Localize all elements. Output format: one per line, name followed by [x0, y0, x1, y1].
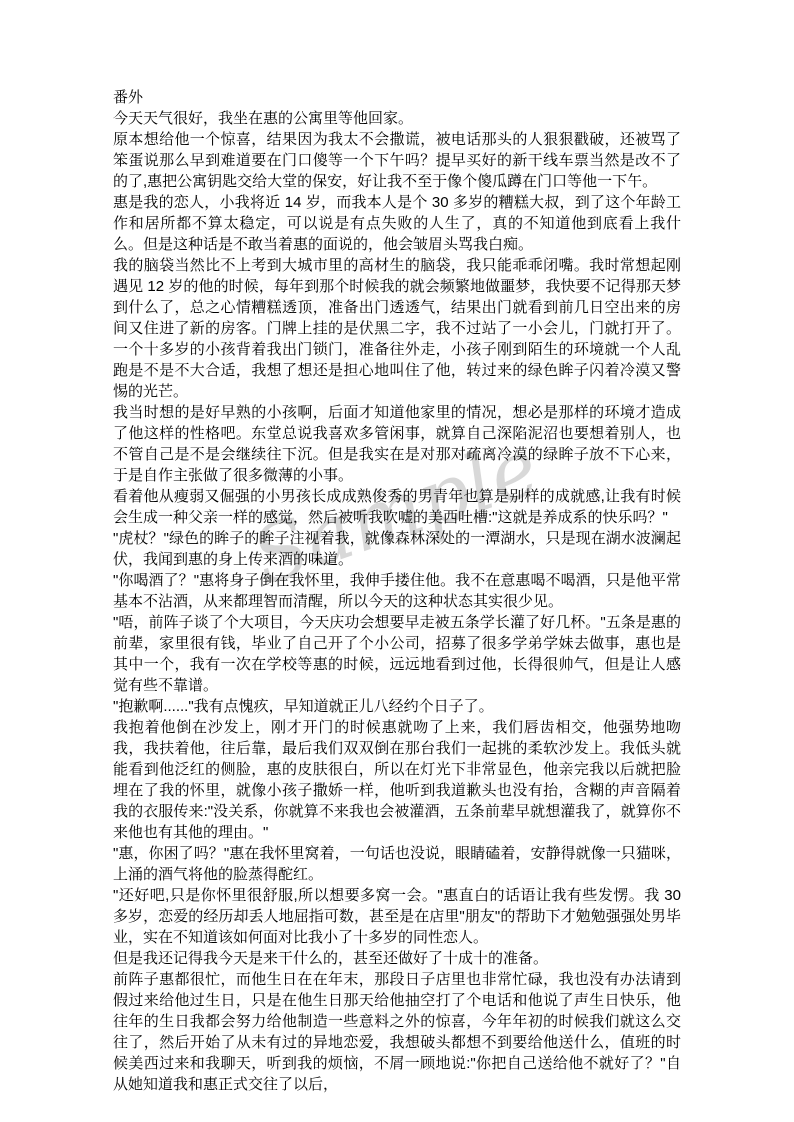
paragraph-8: "你喝酒了？"惠将身子倒在我怀里，我伸手搂住他。我不在意惠喝不喝酒，只是他平常基…	[113, 570, 681, 612]
document-body: 今天天气很好，我坐在惠的公寓里等他回家。原本想给他一个惊喜，结果因为我太不会撒谎…	[113, 108, 681, 1095]
paragraph-5: 我当时想的是好早熟的小孩啊，后面才知道他家里的情况，想必是那样的环境才造成了他这…	[113, 402, 681, 486]
document-page: Sample 番外 今天天气很好，我坐在惠的公寓里等他回家。原本想给他一个惊喜，…	[0, 0, 794, 1122]
paragraph-15: 前阵子惠都很忙，而他生日在在年末，那段日子店里也非常忙碌，我也没有办法请到假过来…	[113, 969, 681, 1095]
document-title: 番外	[113, 87, 681, 108]
paragraph-1: 今天天气很好，我坐在惠的公寓里等他回家。	[113, 108, 681, 129]
paragraph-11: 我抱着他倒在沙发上，刚才开门的时候惠就吻了上来，我们唇齿相交，他强势地吻我，我扶…	[113, 717, 681, 843]
paragraph-7: "虎杖？"绿色的眸子的眸子注视着我，就像森林深处的一潭湖水，只是现在湖水波澜起伏…	[113, 528, 681, 570]
document-content: 番外 今天天气很好，我坐在惠的公寓里等他回家。原本想给他一个惊喜，结果因为我太不…	[113, 87, 681, 1095]
paragraph-3: 惠是我的恋人，小我将近 14 岁，而我本人是个 30 多岁的糟糕大叔，到了这个年…	[113, 192, 681, 255]
paragraph-9: "唔，前阵子谈了个大项目，今天庆功会想要早走被五条学长灌了好几杯。"五条是惠的前…	[113, 612, 681, 696]
paragraph-12: "惠，你困了吗？"惠在我怀里窝着，一句话也没说，眼睛磕着，安静得就像一只猫咪，上…	[113, 843, 681, 885]
paragraph-14: 但是我还记得我今天是来干什么的，甚至还做好了十成十的准备。	[113, 948, 681, 969]
paragraph-6: 看着他从瘦弱又倔强的小男孩长成成熟俊秀的男青年也算是别样的成就感,让我有时候会生…	[113, 486, 681, 528]
paragraph-10: "抱歉啊......"我有点愧疚，早知道就正儿八经约个日子了。	[113, 696, 681, 717]
paragraph-13: "还好吧,只是你怀里很舒服,所以想要多窝一会。"惠直白的话语让我有些发愣。我 3…	[113, 885, 681, 948]
paragraph-2: 原本想给他一个惊喜，结果因为我太不会撒谎，被电话那头的人狠狠戳破，还被骂了笨蛋说…	[113, 129, 681, 192]
paragraph-4: 我的脑袋当然比不上考到大城市里的高材生的脑袋，我只能乖乖闭嘴。我时常想起刚遇见 …	[113, 255, 681, 402]
